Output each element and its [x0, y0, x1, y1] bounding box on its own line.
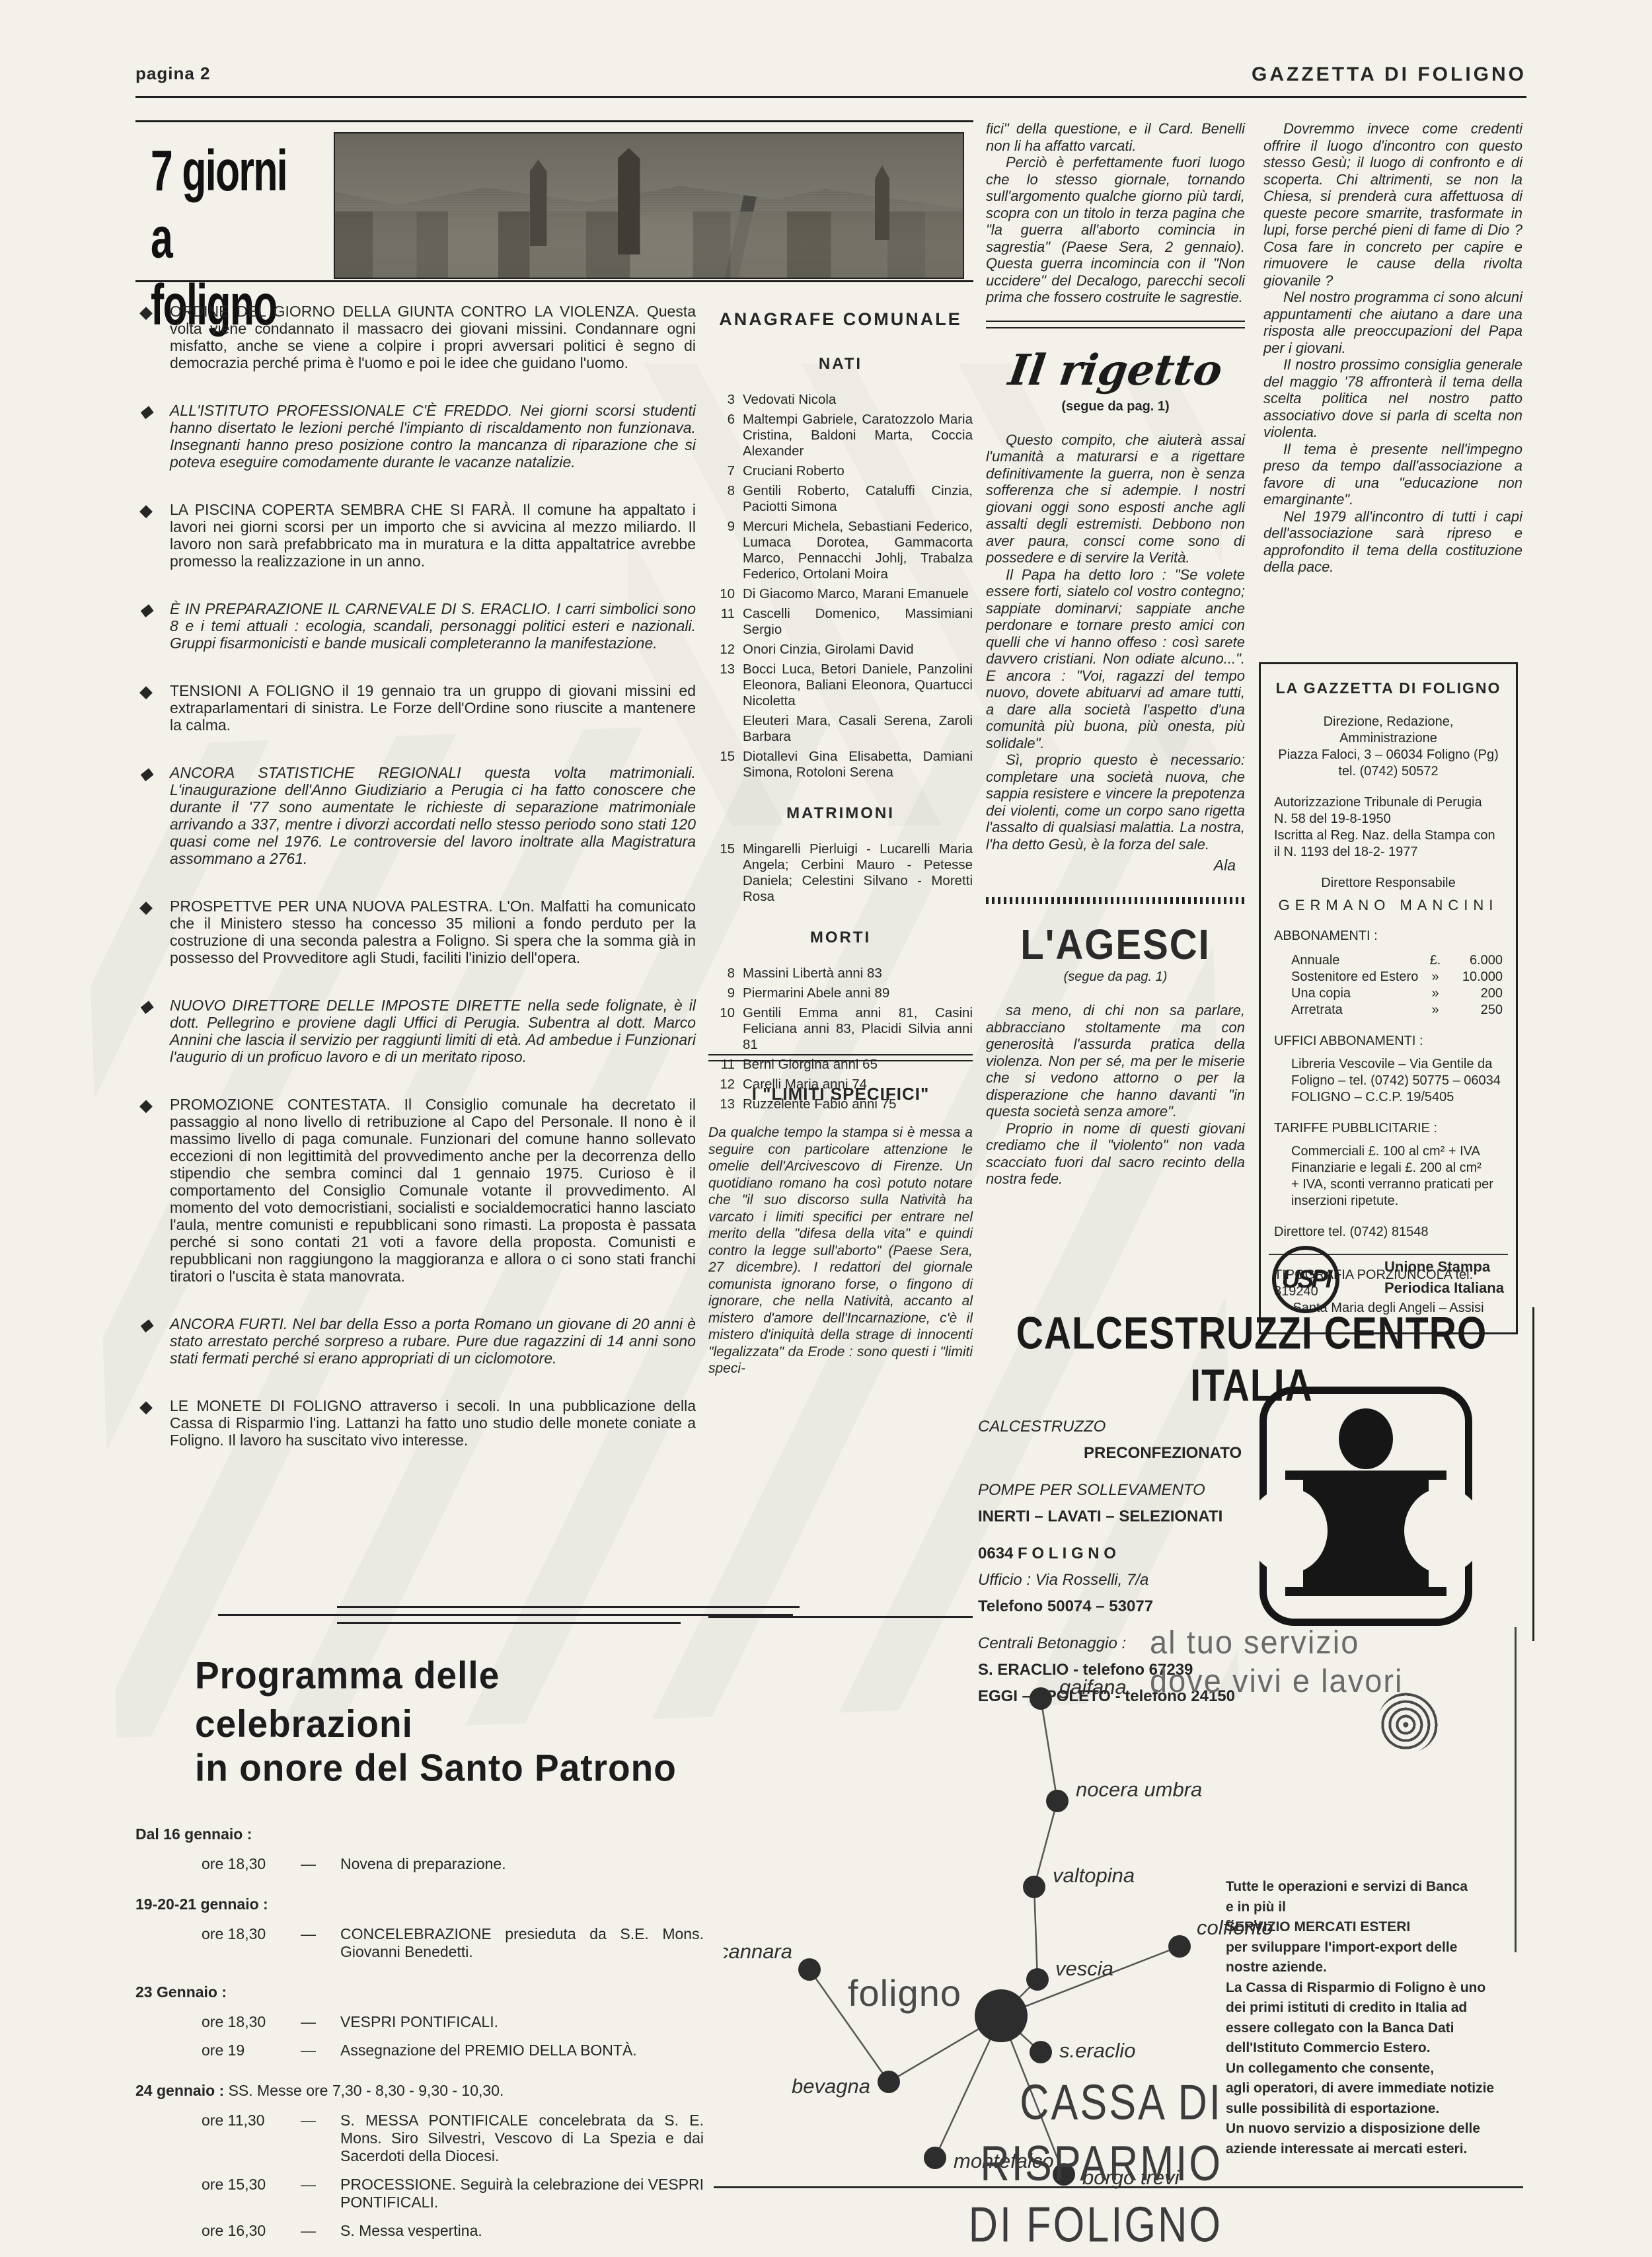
imprint-address2: Piazza Faloci, 3 – 06034 Foligno (Pg): [1274, 747, 1503, 763]
map-town-dot: [1046, 1790, 1069, 1812]
director-name: GERMANO MANCINI: [1274, 897, 1503, 913]
schedule-date: 19-20-21 gennaio :: [135, 1895, 704, 1913]
diamond-bullet-icon: ◆: [139, 765, 153, 782]
schedule-text: Assegnazione del PREMIO DELLA BONTÀ.: [340, 2042, 704, 2059]
agesci-title: L'AGESCI: [986, 921, 1245, 970]
news-item: ◆ANCORA STATISTICHE REGIONALI questa vol…: [135, 764, 696, 867]
city-panorama-photo: [334, 132, 964, 279]
registry-entry: 3Vedovati Nicola: [708, 392, 973, 408]
bank-text-line: Un nuovo servizio a disposizione delle: [1226, 2119, 1517, 2139]
rate-value: 10.000: [1447, 969, 1503, 985]
map-town-dot: [1023, 1876, 1045, 1898]
schedule-time: ore 16,30: [202, 2222, 301, 2240]
offices-title: UFFICI ABBONAMENTI :: [1274, 1033, 1503, 1050]
masthead-title: GAZZETTA DI FOLIGNO: [1252, 63, 1526, 86]
registry-entry-number: 12: [708, 642, 735, 658]
registry-entry: 10Gentili Emma anni 81, Casini Feliciana…: [708, 1005, 973, 1053]
city-buildings: [335, 211, 963, 278]
diamond-bullet-icon: ◆: [139, 1398, 153, 1415]
registry-entry-names: Cascelli Domenico, Massimiani Sergio: [743, 606, 973, 637]
header-rule: [135, 96, 1526, 98]
registry-entry: 11Cascelli Domenico, Massimiani Sergio: [708, 606, 973, 638]
schedule-dash: —: [301, 1855, 340, 1873]
bank-text-line: sulle possibilità di esportazione.: [1226, 2099, 1517, 2120]
schedule-dash: —: [301, 2176, 340, 2211]
schedule-time: ore 18,30: [202, 2013, 301, 2031]
bank-text-line: agli operatori, di avere immediate notiz…: [1226, 2079, 1517, 2099]
registry-entry-number: 10: [708, 586, 735, 602]
registry-entry-number: 9: [708, 519, 735, 535]
schedule-dash: —: [301, 2222, 340, 2240]
program-title-line2: in onore del Santo Patrono: [135, 1743, 704, 1792]
diamond-bullet-icon: ◆: [139, 1096, 153, 1114]
registry-entry: 8Massini Libertà anni 83: [708, 966, 973, 981]
schedule-time: ore 18,30: [202, 1925, 301, 1961]
news-item-lead: ALL'ISTITUTO PROFESSIONALE C'È FREDDO.: [170, 402, 512, 419]
news-item-lead: LE MONETE DI FOLIGNO: [170, 1397, 361, 1414]
bank-name: CASSA DI RISPARMIO DI FOLIGNO: [818, 2072, 1222, 2256]
schedule-text: S. MESSA PONTIFICALE concelebrata da S. …: [340, 2112, 704, 2165]
imprint-title: LA GAZZETTA DI FOLIGNO: [1274, 680, 1503, 697]
limiti-article: I "LIMITI SPECIFICI" Da qualche tempo la…: [708, 1054, 973, 1377]
uspi-line2: Periodica Italiana: [1384, 1278, 1504, 1299]
registry-entry-names: Maltempi Gabriele, Caratozzolo Maria Cri…: [743, 412, 973, 459]
schedule-group: Dal 16 gennaio : ore 18,30—Novena di pre…: [135, 1825, 704, 1873]
bank-name-line1: CASSA DI RISPARMIO: [818, 2072, 1222, 2194]
agesci-paragraph: Proprio in nome di questi giovani credia…: [986, 1120, 1245, 1188]
imprint-phone: tel. (0742) 50572: [1274, 763, 1503, 780]
rate-label: Arretrata: [1291, 1002, 1423, 1018]
registry-entry-names: Gentili Roberto, Cataluffi Cinzia, Pacio…: [743, 483, 973, 514]
news-item: ◆PROMOZIONE CONTESTATA. Il Consiglio com…: [135, 1096, 696, 1285]
registry-section-title: NATI: [708, 355, 973, 373]
bank-text-line: Un collegamento che consente,: [1226, 2059, 1517, 2079]
news-item-lead: NUOVO DIRETTORE DELLE IMPOSTE DIRETTE: [170, 997, 521, 1014]
schedule-text: CONCELEBRAZIONE presieduta da S.E. Mons.…: [340, 1925, 704, 1961]
imprint-auth4: il N. 1193 del 18-2- 1977: [1274, 844, 1503, 861]
news-item-lead: ANCORA STATISTICHE REGIONALI: [170, 764, 461, 781]
news-item: ◆ALL'ISTITUTO PROFESSIONALE C'È FREDDO. …: [135, 402, 696, 471]
rigetto-body: Questo compito, che aiuterà assai l'uman…: [986, 432, 1245, 853]
registry-entry-names: Cruciani Roberto: [743, 463, 845, 478]
imprint-box: LA GAZZETTA DI FOLIGNO Direzione, Redazi…: [1259, 662, 1518, 1334]
schedule-row: ore 18,30—Novena di preparazione.: [135, 1855, 704, 1873]
subscription-rate-row: Sostenitore ed Estero»10.000: [1274, 969, 1503, 985]
subscription-rate-row: Annuale£.6.000: [1274, 952, 1503, 969]
ad-rate-3: + IVA, sconti verranno praticati per: [1291, 1176, 1503, 1193]
news-column: ◆ORDINE DEL GIORNO DELLA GIUNTA CONTRO L…: [135, 303, 696, 1479]
schedule-date: Dal 16 gennaio :: [135, 1825, 704, 1843]
registry-title: ANAGRAFE COMUNALE: [708, 309, 973, 330]
rate-currency: £.: [1423, 952, 1447, 969]
credenti-paragraph: Nel 1979 all'incontro di tutti i capi de…: [1263, 508, 1522, 576]
map-route-line: [1034, 1887, 1037, 1979]
bank-text-line: essere collegato con la Banca Dati: [1226, 2018, 1517, 2039]
rate-value: 200: [1447, 985, 1503, 1002]
credenti-body: Dovremmo invece come credenti offrire il…: [1263, 120, 1522, 576]
map-town-dot: [975, 1989, 1028, 2042]
schedule-row: ore 16,30—S. Messa vespertina.: [135, 2222, 704, 2240]
director-label: Direttore Responsabile: [1274, 875, 1503, 892]
schedule-row: ore 15,30—PROCESSIONE. Seguirà la celebr…: [135, 2176, 704, 2211]
registry-entry-names: Gentili Emma anni 81, Casini Feliciana a…: [743, 1005, 973, 1052]
schedule-dash: —: [301, 2112, 340, 2165]
diamond-bullet-icon: ◆: [139, 303, 153, 321]
map-town-label: gaifana: [1059, 1675, 1127, 1699]
registry-entry: 7Cruciani Roberto: [708, 463, 973, 479]
offices-body: Libreria Vescovile – Via Gentile da Foli…: [1274, 1056, 1503, 1106]
subscription-rate-row: Una copia»200: [1274, 985, 1503, 1002]
registry-entry-names: Vedovati Nicola: [743, 392, 836, 407]
ad-right-rule: [1532, 1307, 1534, 1641]
schedule-text: PROCESSIONE. Seguirà la celebrazione dei…: [340, 2176, 704, 2211]
page-number: pagina 2: [135, 63, 210, 84]
news-item-lead: È IN PREPARAZIONE IL CARNEVALE DI S. ERA…: [170, 600, 551, 617]
seven-days-line1: 7 giorni: [151, 137, 297, 204]
registry-entry: 8Gentili Roberto, Cataluffi Cinzia, Paci…: [708, 483, 973, 515]
schedule-time: ore 11,30: [202, 2112, 301, 2165]
hatched-separator: [986, 897, 1245, 904]
registry-entry: 6Maltempi Gabriele, Caratozzolo Maria Cr…: [708, 412, 973, 459]
director-phone: Direttore tel. (0742) 81548: [1274, 1224, 1503, 1241]
bank-spiral-logo-icon: [1378, 1692, 1439, 1753]
registry-entry-names: Mingarelli Pierluigi - Lucarelli Maria A…: [743, 841, 973, 904]
news-item-lead: ORDINE DEL GIORNO DELLA GIUNTA CONTRO LA…: [170, 303, 639, 320]
imprint-address1: Direzione, Redazione, Amministrazione: [1274, 714, 1503, 747]
schedule-date-inline: SS. Messe ore 7,30 - 8,30 - 9,30 - 10,30…: [229, 2082, 504, 2099]
registry-entry-number: 6: [708, 412, 735, 428]
schedule-dash: —: [301, 1925, 340, 1961]
church-tower: [875, 165, 889, 240]
subscription-rates: Annuale£.6.000Sostenitore ed Estero»10.0…: [1274, 952, 1503, 1018]
rate-label: Sostenitore ed Estero: [1291, 969, 1423, 985]
registry-entry-names: Mercuri Michela, Sebastiani Federico, Lu…: [743, 519, 973, 582]
bank-name-line2: DI FOLIGNO: [818, 2194, 1222, 2256]
column-three: fici" della questione, e il Card. Benell…: [986, 120, 1245, 1188]
schedule-row: ore 18,30—VESPRI PONTIFICALI.: [135, 2013, 704, 2031]
registry-entry: 15Mingarelli Pierluigi - Lucarelli Maria…: [708, 841, 973, 905]
news-item-lead: ANCORA FURTI.: [170, 1315, 287, 1332]
agesci-body: sa meno, di chi non sa parlare, abbracci…: [986, 1002, 1245, 1188]
bank-text-line: e in più il: [1226, 1897, 1517, 1918]
map-town-dot: [798, 1958, 821, 1981]
diamond-bullet-icon: ◆: [139, 683, 153, 700]
card-article-p1: fici" della questione, e il Card. Benell…: [986, 120, 1245, 154]
column-four: Dovremmo invece come credenti offrire il…: [1263, 120, 1522, 576]
ad-rate-1: Commerciali £. 100 al cm² + IVA: [1291, 1143, 1503, 1160]
bank-text-line: dei primi istituti di credito in Italia …: [1226, 1998, 1517, 2018]
rate-currency: »: [1423, 1002, 1447, 1018]
program-section: Programma delle celebrazioni in onore de…: [135, 1651, 704, 2257]
map-route-line: [1041, 1699, 1057, 1801]
rigetto-paragraph: Sì, proprio questo è necessario: complet…: [986, 751, 1245, 853]
registry-entry-names: Eleuteri Mara, Casali Serena, Zaroli Bar…: [743, 713, 973, 744]
diamond-bullet-icon: ◆: [139, 1316, 153, 1333]
registry-entry: 9Piermarini Abele anni 89: [708, 985, 973, 1001]
rate-value: 6.000: [1447, 952, 1503, 969]
uspi-logo-icon: USPI: [1272, 1246, 1339, 1313]
rigetto-subtitle: (segue da pag. 1): [986, 399, 1245, 414]
bank-text-line: dell'Istituto Commercio Estero.: [1226, 2038, 1517, 2059]
subscriptions-title: ABBONAMENTI :: [1274, 928, 1503, 944]
news-item: ◆PROSPETTVE PER UNA NUOVA PALESTRA. L'On…: [135, 898, 696, 966]
map-town-label: valtopina: [1053, 1864, 1135, 1887]
registry-entry-names: Di Giacomo Marco, Marani Emanuele: [743, 586, 969, 601]
news-item: ◆ANCORA FURTI. Nel bar della Esso a port…: [135, 1315, 696, 1367]
imprint-auth1: Autorizzazione Tribunale di Perugia: [1274, 794, 1503, 811]
bank-text-line: nostre aziende.: [1226, 1958, 1517, 1978]
registry-entry: 13Bocci Luca, Betori Daniele, Panzolini …: [708, 662, 973, 709]
registry-entry: 9Mercuri Michela, Sebastiani Federico, L…: [708, 519, 973, 582]
schedule-row: ore 18,30—CONCELEBRAZIONE presieduta da …: [135, 1925, 704, 1961]
rigetto-paragraph: Il Papa ha detto loro : "Se volete esser…: [986, 566, 1245, 752]
schedule-group: 24 gennaio : SS. Messe ore 7,30 - 8,30 -…: [135, 2082, 704, 2240]
credenti-paragraph: Il nostro prossimo consiglia generale de…: [1263, 356, 1522, 441]
news-item-body: Il Consiglio comunale ha decretato il pa…: [170, 1096, 696, 1285]
registry-entry-number: 10: [708, 1005, 735, 1021]
banner-bottom-rule: [135, 280, 973, 282]
registry-column: ANAGRAFE COMUNALE NATI3Vedovati Nicola6M…: [708, 309, 973, 1116]
schedule-time: ore 15,30: [202, 2176, 301, 2211]
registry-entry-number: 11: [708, 606, 735, 622]
rate-value: 250: [1447, 1002, 1503, 1018]
schedule-text: S. Messa vespertina.: [340, 2222, 704, 2240]
bank-ad-bottom-rule: [714, 2186, 1523, 2188]
rate-currency: »: [1423, 969, 1447, 985]
bank-text-line: per sviluppare l'import-export delle: [1226, 1938, 1517, 1958]
limiti-separator: [708, 1054, 973, 1061]
news-item: ◆È IN PREPARAZIONE IL CARNEVALE DI S. ER…: [135, 600, 696, 652]
bell-tower: [530, 159, 547, 246]
diamond-bullet-icon: ◆: [139, 898, 153, 915]
cathedral-spire: [618, 148, 640, 254]
registry-section-title: MORTI: [708, 929, 973, 947]
registry-entry-number: 7: [708, 463, 735, 479]
limiti-bottom-rule: [708, 1616, 973, 1618]
banner-top-rule: [135, 120, 973, 122]
news-item-lead: PROMOZIONE CONTESTATA.: [170, 1096, 391, 1113]
diamond-bullet-icon: ◆: [139, 601, 153, 618]
registry-entry-number: 15: [708, 749, 735, 765]
schedule-date: 23 Gennaio :: [135, 1983, 704, 2001]
limiti-title: I "LIMITI SPECIFICI": [708, 1084, 973, 1104]
ad-rate-2: Finanziarie e legali £. 200 al cm²: [1291, 1160, 1503, 1176]
limiti-body: Da qualche tempo la stampa si è messa a …: [708, 1124, 973, 1377]
map-town-dot: [1026, 1968, 1049, 1991]
registry-entry: 10Di Giacomo Marco, Marani Emanuele: [708, 586, 973, 602]
news-item: ◆LE MONETE DI FOLIGNO attraverso i secol…: [135, 1397, 696, 1449]
bank-text-line: SERVIZIO MERCATI ESTERI: [1226, 1917, 1517, 1938]
news-item: ◆TENSIONI A FOLIGNO il 19 gennaio tra un…: [135, 682, 696, 734]
rigetto-paragraph: Questo compito, che aiuterà assai l'uman…: [986, 432, 1245, 566]
ad-rates-title: TARIFFE PUBBLICITARIE :: [1274, 1120, 1503, 1137]
diamond-bullet-icon: ◆: [139, 997, 153, 1014]
schedule-group: 23 Gennaio : ore 18,30—VESPRI PONTIFICAL…: [135, 1983, 704, 2059]
registry-section-title: MATRIMONI: [708, 804, 973, 823]
rate-label: Annuale: [1291, 952, 1423, 969]
map-town-label: foligno: [848, 1972, 961, 2014]
double-rule: [986, 321, 1245, 328]
schedule-dash: —: [301, 2013, 340, 2031]
registry-entry: 12Onori Cinzia, Girolami David: [708, 642, 973, 658]
program-title-line1: Programma delle celebrazioni: [135, 1651, 704, 1748]
registry-entry-number: 13: [708, 662, 735, 677]
uspi-line1: Unione Stampa: [1384, 1256, 1504, 1278]
section-separator: [218, 1606, 793, 1624]
credenti-paragraph: Il tema è presente nell'impegno preso da…: [1263, 441, 1522, 508]
news-item-lead: PROSPETTVE PER UNA NUOVA PALESTRA.: [170, 898, 493, 915]
mountain-silhouette: [335, 134, 963, 208]
registry-sections: NATI3Vedovati Nicola6Maltempi Gabriele, …: [708, 355, 973, 1112]
subscription-rate-row: Arretrata»250: [1274, 1002, 1503, 1018]
news-item-lead: LA PISCINA COPERTA SEMBRA CHE SI FARÀ.: [170, 501, 515, 518]
map-town-dot: [1168, 1935, 1191, 1958]
news-item: ◆ORDINE DEL GIORNO DELLA GIUNTA CONTRO L…: [135, 303, 696, 371]
registry-entry-names: Massini Libertà anni 83: [743, 966, 882, 981]
schedule-text: Novena di preparazione.: [340, 1855, 704, 1873]
agesci-subtitle: (segue da pag. 1): [986, 970, 1245, 985]
map-town-label: s.eraclio: [1059, 2039, 1135, 2062]
imprint-auth2: N. 58 del 19-8-1950: [1274, 811, 1503, 827]
registry-entry-names: Bocci Luca, Betori Daniele, Panzolini El…: [743, 662, 973, 708]
registry-entry-names: Onori Cinzia, Girolami David: [743, 642, 914, 657]
schedule-group: 19-20-21 gennaio : ore 18,30—CONCELEBRAZ…: [135, 1895, 704, 1961]
schedule-time: ore 19: [202, 2042, 301, 2059]
newspaper-page: pagina 2 GAZZETTA DI FOLIGNO 7 giorni a …: [0, 0, 1652, 2257]
bank-text-line: La Cassa di Risparmio di Foligno è uno: [1226, 1978, 1517, 1999]
registry-entry-names: Diotallevi Gina Elisabetta, Damiani Simo…: [743, 749, 973, 780]
ad-rate-4: inserzioni ripetute.: [1291, 1193, 1503, 1209]
map-town-label: cannara: [724, 1940, 792, 1963]
bank-text-line: aziende interessate ai mercati esteri.: [1226, 2139, 1517, 2160]
schedule-row: ore 11,30—S. MESSA PONTIFICALE concelebr…: [135, 2112, 704, 2165]
registry-entry-names: Piermarini Abele anni 89: [743, 985, 889, 1001]
rigetto-title: Il rigetto: [983, 346, 1249, 395]
card-article-p2: Perciò è perfettamente fuori luogo che l…: [986, 154, 1245, 306]
map-town-dot: [1030, 1687, 1052, 1710]
bank-text-line: Tutte le operazioni e servizi di Banca: [1226, 1877, 1517, 1897]
map-town-label: vescia: [1055, 1957, 1113, 1980]
agesci-paragraph: sa meno, di chi non sa parlare, abbracci…: [986, 1002, 1245, 1120]
registry-entry: Eleuteri Mara, Casali Serena, Zaroli Bar…: [708, 713, 973, 745]
news-item: ◆LA PISCINA COPERTA SEMBRA CHE SI FARÀ. …: [135, 501, 696, 570]
news-item: ◆NUOVO DIRETTORE DELLE IMPOSTE DIRETTE n…: [135, 997, 696, 1065]
schedule-text: VESPRI PONTIFICALI.: [340, 2013, 704, 2031]
news-item-lead: TENSIONI A FOLIGNO: [170, 682, 334, 699]
schedule-dash: —: [301, 2042, 340, 2059]
diamond-bullet-icon: ◆: [139, 502, 153, 519]
registry-entry-number: 15: [708, 841, 735, 857]
imprint-auth3: Iscritta al Reg. Naz. della Stampa con: [1274, 827, 1503, 844]
rate-label: Una copia: [1291, 985, 1423, 1002]
schedule-time: ore 18,30: [202, 1855, 301, 1873]
diamond-bullet-icon: ◆: [139, 402, 153, 420]
registry-entry: 15Diotallevi Gina Elisabetta, Damiani Si…: [708, 749, 973, 781]
schedule-date: 24 gennaio : SS. Messe ore 7,30 - 8,30 -…: [135, 2082, 704, 2100]
credenti-paragraph: Dovremmo invece come credenti offrire il…: [1263, 120, 1522, 289]
registry-entry-number: 8: [708, 483, 735, 499]
registry-entry-number: 9: [708, 985, 735, 1001]
map-town-dot: [1030, 2041, 1052, 2063]
registry-entry-number: 3: [708, 392, 735, 408]
program-schedule: Dal 16 gennaio : ore 18,30—Novena di pre…: [135, 1825, 704, 2240]
rate-currency: »: [1423, 985, 1447, 1002]
calcestruzzi-logo-icon: [1259, 1387, 1472, 1626]
credenti-paragraph: Nel nostro programma ci sono alcuni appu…: [1263, 289, 1522, 356]
rigetto-signature: Ala: [986, 857, 1245, 874]
bank-services-text: Tutte le operazioni e servizi di Bancae …: [1226, 1877, 1517, 2159]
registry-entry-number: 8: [708, 966, 735, 981]
schedule-row: ore 19—Assegnazione del PREMIO DELLA BON…: [135, 2042, 704, 2059]
map-town-label: nocera umbra: [1076, 1778, 1202, 1801]
